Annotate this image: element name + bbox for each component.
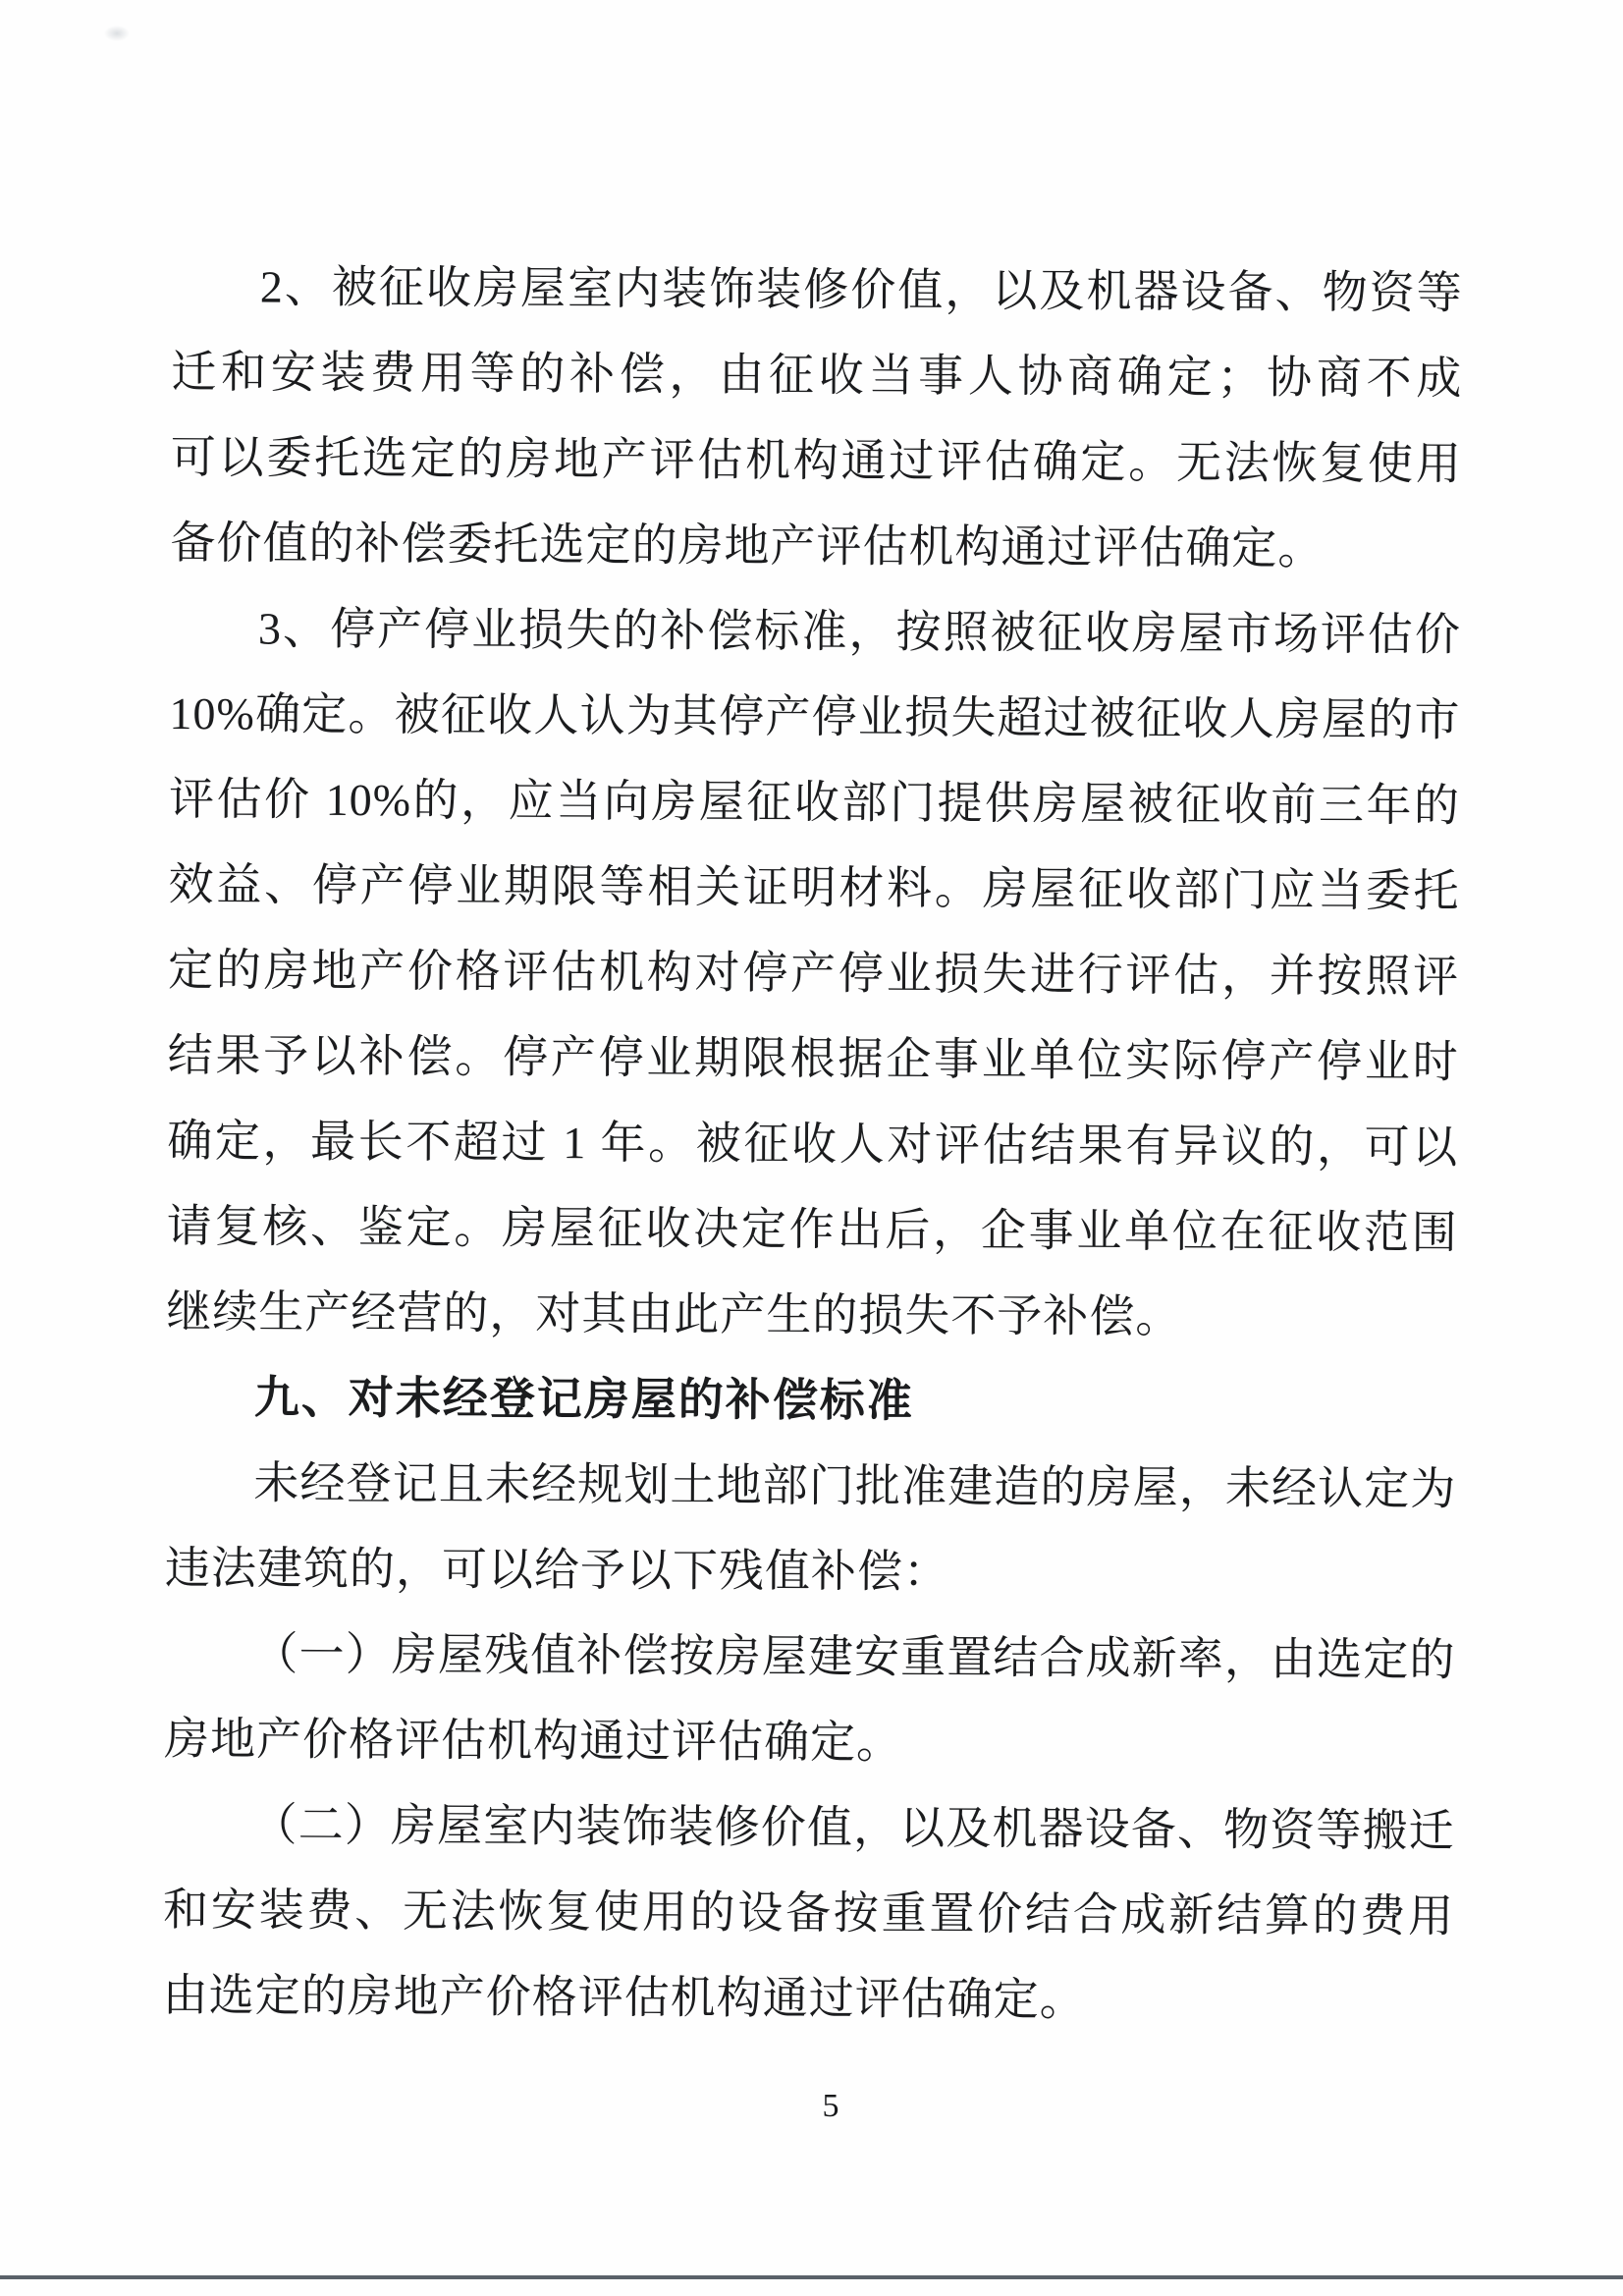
text-line: 请复核、鉴定。房屋征收决定作出后，企事业单位在征收范围内 bbox=[167, 1183, 1458, 1276]
text-line: 违法建筑的，可以给予以下残值补偿： bbox=[165, 1525, 1456, 1617]
text-block: 2、被征收房屋室内装饰装修价值，以及机器设备、物资等搬迁和安装费用等的补偿，由征… bbox=[162, 244, 1463, 2045]
text-line: 房地产价格评估机构通过评估确定。 bbox=[164, 1696, 1455, 1788]
text-line: 可以委托选定的房地产评估机构通过评估确定。无法恢复使用设 bbox=[171, 414, 1462, 507]
text-line: 备价值的补偿委托选定的房地产评估机构通过评估确定。 bbox=[170, 500, 1461, 592]
text-line: 评估价 10%的，应当向房屋征收部门提供房屋被征收前三年的平均 bbox=[169, 756, 1460, 848]
text-line: 效益、停产停业期限等相关证明材料。房屋征收部门应当委托选 bbox=[168, 842, 1459, 934]
text-line: 2、被征收房屋室内装饰装修价值，以及机器设备、物资等搬 bbox=[172, 244, 1463, 336]
text-line: （一）房屋残值补偿按房屋建安重置结合成新率，由选定的 bbox=[164, 1611, 1455, 1703]
text-line: 10%确定。被征收人认为其停产停业损失超过被征收人房屋的市场 bbox=[169, 671, 1460, 763]
scan-smudge bbox=[104, 26, 130, 41]
text-line: 定的房地产价格评估机构对停产停业损失进行评估，并按照评估 bbox=[168, 927, 1459, 1019]
text-line: 3、停产停业损失的补偿标准，按照被征收房屋市场评估价的 bbox=[170, 585, 1461, 678]
text-line: 未经登记且未经规划土地部门批准建造的房屋，未经认定为 bbox=[165, 1440, 1456, 1532]
page-number: 5 bbox=[0, 2088, 1623, 2125]
text-line: 和安装费、无法恢复使用的设备按重置价结合成新结算的费用等， bbox=[163, 1867, 1454, 1959]
text-line: （二）房屋室内装饰装修价值，以及机器设备、物资等搬迁 bbox=[163, 1781, 1454, 1874]
text-line: 继续生产经营的，对其由此产生的损失不予补偿。 bbox=[166, 1269, 1457, 1361]
text-line: 结果予以补偿。停产停业期限根据企事业单位实际停产停业时间 bbox=[167, 1012, 1458, 1105]
section-heading: 九、对未经登记房屋的补偿标准 bbox=[166, 1354, 1457, 1447]
text-line: 迁和安装费用等的补偿，由征收当事人协商确定；协商不成的， bbox=[171, 329, 1462, 421]
text-line: 由选定的房地产价格评估机构通过评估确定。 bbox=[162, 1952, 1453, 2045]
text-line: 确定，最长不超过 1 年。被征收人对评估结果有异议的，可以申 bbox=[167, 1098, 1458, 1190]
scanned-document-page: 2、被征收房屋室内装饰装修价值，以及机器设备、物资等搬迁和安装费用等的补偿，由征… bbox=[0, 0, 1623, 2296]
scan-edge-line bbox=[0, 2275, 1623, 2279]
